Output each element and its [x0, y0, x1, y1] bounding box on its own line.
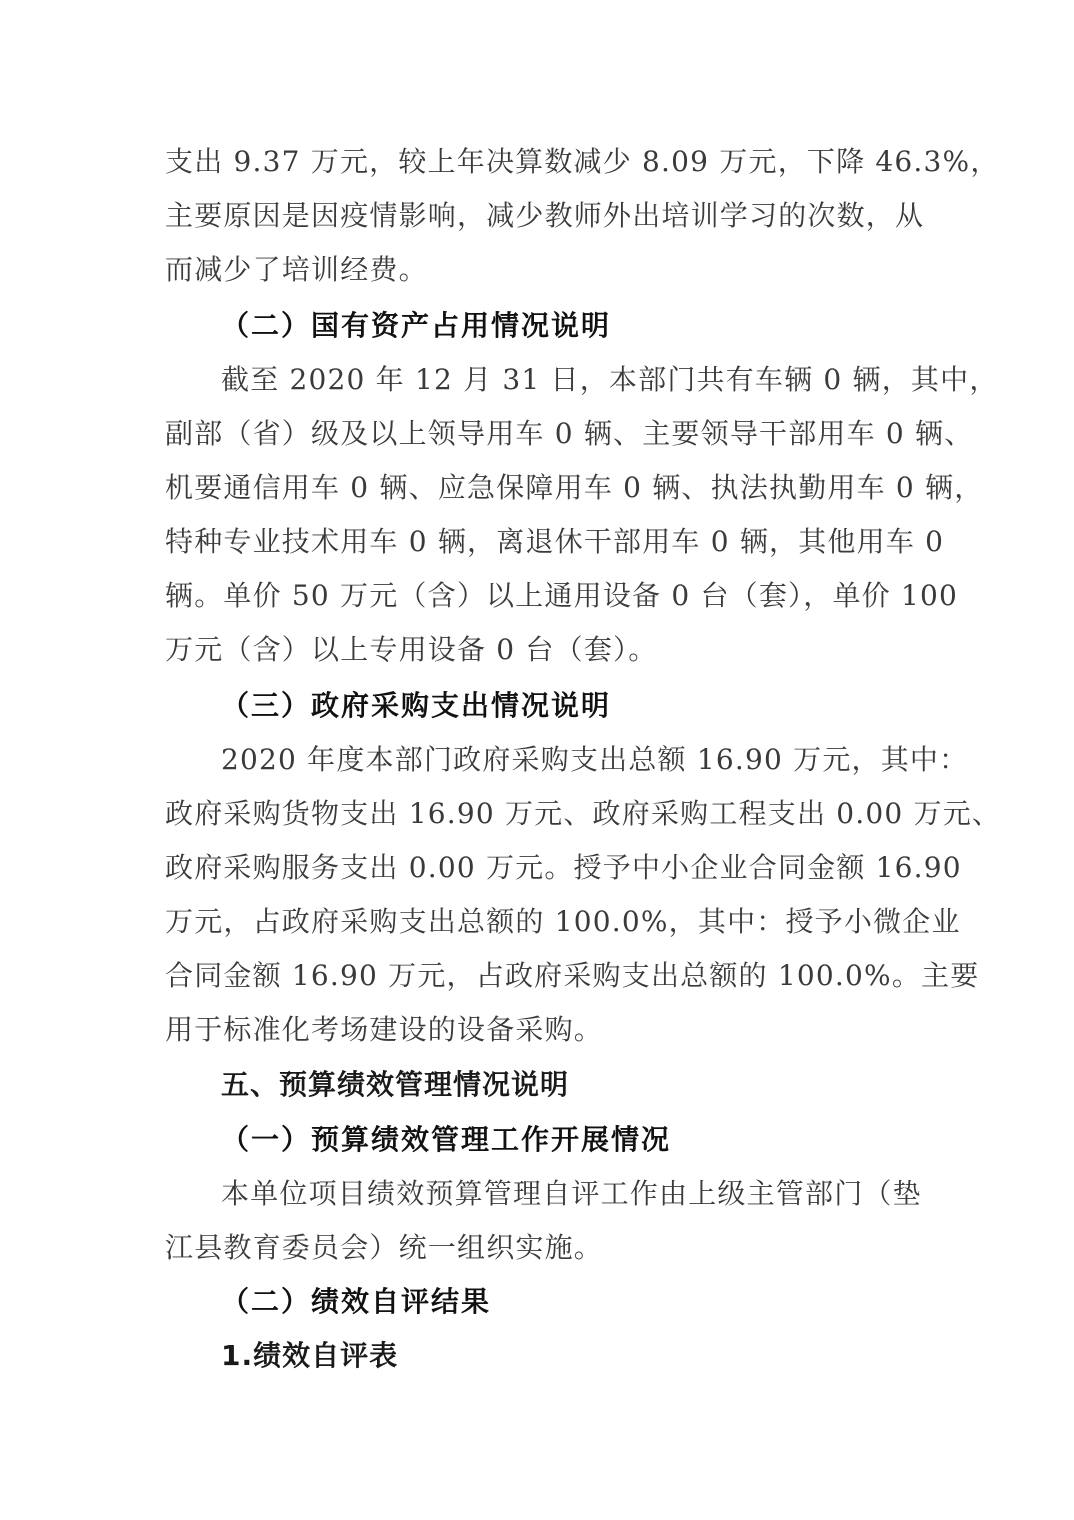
- section-heading-performance: 五、预算绩效管理情况说明: [221, 1065, 569, 1105]
- paragraph-line: 机要通信用车 0 辆、应急保障用车 0 辆、执法执勤用车 0 辆，: [165, 468, 915, 508]
- paragraph-line: 万元，占政府采购支出总额的 100.0%，其中：授予小微企业: [165, 902, 915, 942]
- subsection-heading-performance-work: （一）预算绩效管理工作开展情况: [221, 1120, 671, 1160]
- paragraph-line: 主要原因是因疫情影响，减少教师外出培训学习的次数，从: [165, 196, 915, 236]
- paragraph-line: 政府采购货物支出 16.90 万元、政府采购工程支出 0.00 万元、: [165, 794, 915, 834]
- paragraph-line: 支出 9.37 万元，较上年决算数减少 8.09 万元，下降 46.3%，: [165, 142, 915, 182]
- subsection-heading-procurement: （三）政府采购支出情况说明: [221, 686, 611, 726]
- paragraph-line: 合同金额 16.90 万元，占政府采购支出总额的 100.0%。主要: [165, 956, 915, 996]
- paragraph-line: 2020 年度本部门政府采购支出总额 16.90 万元，其中：: [221, 740, 915, 780]
- paragraph-line: 江县教育委员会）统一组织实施。: [165, 1228, 915, 1268]
- item-heading-self-evaluation-table: 1.绩效自评表: [221, 1336, 398, 1376]
- paragraph-line: 副部（省）级及以上领导用车 0 辆、主要领导干部用车 0 辆、: [165, 414, 915, 454]
- paragraph-line: 截至 2020 年 12 月 31 日，本部门共有车辆 0 辆，其中，: [221, 360, 915, 400]
- paragraph-line: 特种专业技术用车 0 辆，离退休干部用车 0 辆，其他用车 0: [165, 522, 915, 562]
- subsection-heading-state-assets: （二）国有资产占用情况说明: [221, 306, 611, 346]
- subsection-heading-self-evaluation: （二）绩效自评结果: [221, 1282, 491, 1322]
- paragraph-line: 政府采购服务支出 0.00 万元。授予中小企业合同金额 16.90: [165, 848, 915, 888]
- paragraph-line: 而减少了培训经费。: [165, 250, 915, 290]
- paragraph-line: 辆。单价 50 万元（含）以上通用设备 0 台（套），单价 100: [165, 576, 915, 616]
- paragraph-line: 万元（含）以上专用设备 0 台（套）。: [165, 630, 915, 670]
- document-page: 支出 9.37 万元，较上年决算数减少 8.09 万元，下降 46.3%， 主要…: [0, 0, 1074, 1520]
- paragraph-line: 本单位项目绩效预算管理自评工作由上级主管部门（垫: [221, 1174, 915, 1214]
- paragraph-line: 用于标准化考场建设的设备采购。: [165, 1010, 915, 1050]
